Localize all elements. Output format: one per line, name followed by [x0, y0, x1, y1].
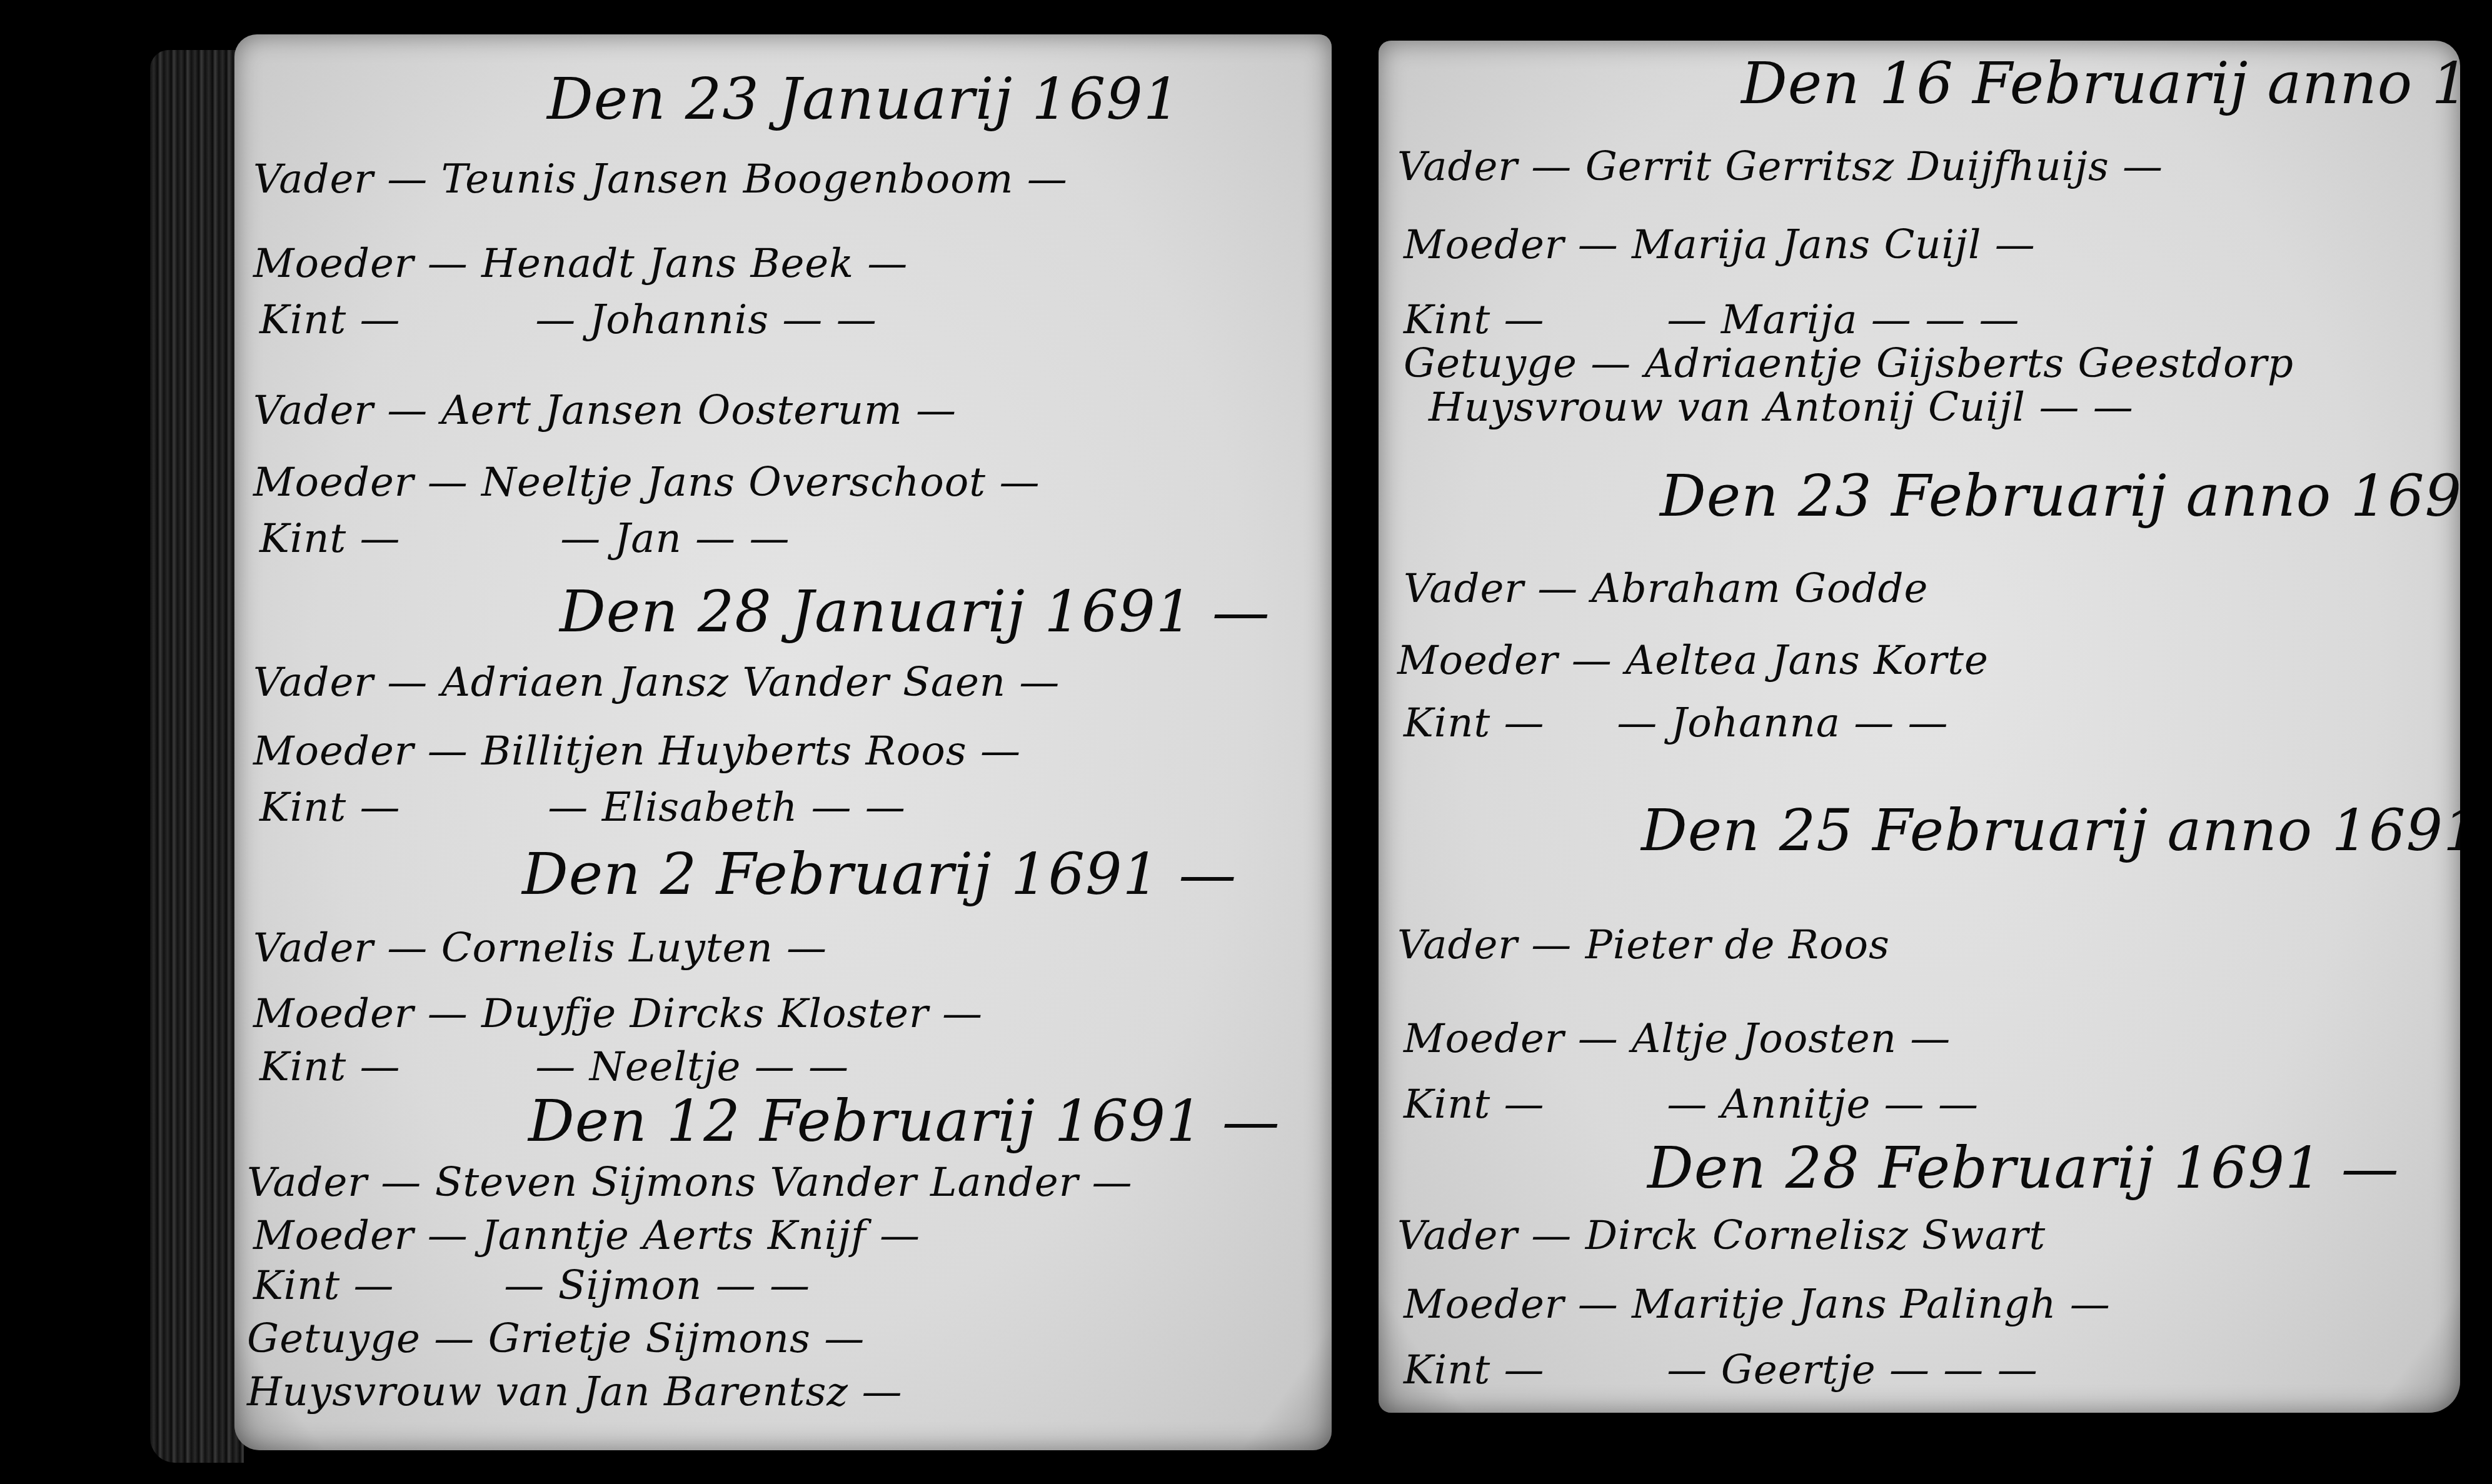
vader-label: Vader —	[1397, 1213, 1572, 1259]
kint-label: Kint —	[1404, 1081, 1566, 1128]
kint-label: Kint —	[1404, 1347, 1566, 1393]
vader-label: Vader —	[253, 925, 428, 971]
moeder-name: Janntje Aerts Knijf —	[481, 1213, 920, 1259]
kint-line: Kint — — Marija — — —	[1404, 297, 2019, 343]
vader-label: Vader —	[1397, 922, 1572, 968]
right-page: Den 16 Februarij anno 1691 — Vader — Ger…	[1379, 41, 2460, 1413]
kint-line: Kint — — Johannis — —	[259, 297, 877, 343]
moeder-line: Moeder — Duyfje Dircks Kloster —	[253, 991, 983, 1037]
vader-label: Vader —	[253, 388, 428, 434]
vader-name: Abraham Godde	[1592, 566, 1929, 612]
moeder-label: Moeder —	[253, 728, 468, 775]
vader-name: Adriaen Jansz Vander Saen —	[441, 659, 1060, 706]
getuyge-line: Getuyge — Adriaentje Gijsberts Geestdorp	[1404, 341, 2294, 387]
entry-date: Den 16 Februarij anno 1691 —	[1741, 50, 2460, 117]
vader-line: Vader — Dirck Cornelisz Swart	[1397, 1213, 2046, 1259]
moeder-name: Duyfje Dircks Kloster —	[481, 991, 983, 1037]
getuyge-name: Grietje Sijmons —	[488, 1316, 865, 1362]
vader-name: Aert Jansen Oosterum —	[441, 388, 957, 434]
moeder-line: Moeder — Billitjen Huyberts Roos —	[253, 728, 1021, 775]
moeder-label: Moeder —	[253, 991, 468, 1037]
huysvrouw-line: Huysvrouw van Antonij Cuijl — —	[1429, 384, 2134, 431]
vader-label: Vader —	[1397, 144, 1572, 190]
entry-date: Den 2 Februarij 1691 —	[522, 841, 1237, 908]
moeder-line: Moeder — Maritje Jans Palingh —	[1404, 1281, 2111, 1328]
vader-line: Vader — Aert Jansen Oosterum —	[253, 388, 957, 434]
getuyge-name: Adriaentje Gijsberts Geestdorp	[1645, 341, 2294, 387]
kint-label: Kint —	[259, 785, 422, 831]
huysvrouw-label: Huysvrouw van	[247, 1369, 570, 1415]
moeder-name: Maritje Jans Palingh —	[1632, 1281, 2111, 1328]
vader-name: Steven Sijmons Vander Lander —	[435, 1160, 1133, 1206]
kint-line: Kint — — Johanna — —	[1404, 700, 1949, 746]
vader-line: Vader — Gerrit Gerritsz Duijfhuijs —	[1397, 144, 2163, 190]
moeder-label: Moeder —	[1397, 638, 1612, 684]
entry-date: Den 28 Januarij 1691 —	[560, 578, 1270, 645]
kint-name: — Jan — —	[560, 516, 790, 562]
vader-line: Vader — Pieter de Roos	[1397, 922, 1890, 968]
page-edges-stack	[150, 50, 244, 1463]
kint-name: — Johanna — —	[1617, 700, 1948, 746]
kint-label: Kint —	[259, 516, 422, 562]
kint-label: Kint —	[1404, 700, 1566, 746]
book-gutter	[1332, 0, 1379, 1484]
entry-date: Den 23 Januarij 1691	[547, 66, 1180, 133]
kint-name: — Neeltje — —	[535, 1044, 849, 1090]
vader-label: Vader —	[253, 659, 428, 706]
kint-line: Kint — — Elisabeth — —	[259, 785, 906, 831]
getuyge-label: Getuyge —	[1404, 341, 1631, 387]
vader-name: Pieter de Roos	[1585, 922, 1890, 968]
kint-name: — Johannis — —	[535, 297, 877, 343]
left-page: Den 23 Januarij 1691 Vader — Teunis Jans…	[234, 34, 1332, 1450]
moeder-label: Moeder —	[1404, 1016, 1619, 1062]
moeder-line: Moeder — Henadt Jans Beek —	[253, 241, 908, 287]
vader-name: Gerrit Gerritsz Duijfhuijs —	[1585, 144, 2163, 190]
kint-label: Kint —	[253, 1263, 416, 1309]
kint-name: — Geertje — — —	[1667, 1347, 2037, 1393]
moeder-line: Moeder — Marija Jans Cuijl —	[1404, 222, 2036, 268]
moeder-line: Moeder — Aeltea Jans Korte	[1397, 638, 1989, 684]
moeder-name: Altje Joosten —	[1632, 1016, 1951, 1062]
kint-line: Kint — — Geertje — — —	[1404, 1347, 2038, 1393]
moeder-label: Moeder —	[253, 459, 468, 506]
moeder-label: Moeder —	[1404, 1281, 1619, 1328]
huysvrouw-label: Huysvrouw van	[1429, 384, 1751, 431]
vader-name: Cornelis Luyten —	[441, 925, 827, 971]
entry-date: Den 25 Februarij anno 1691 —	[1641, 797, 2460, 864]
kint-name: — Elisabeth — —	[548, 785, 905, 831]
vader-name: Teunis Jansen Boogenboom —	[441, 156, 1068, 203]
huysvrouw-name: Antonij Cuijl — —	[1765, 384, 2134, 431]
moeder-line: Moeder — Neeltje Jans Overschoot —	[253, 459, 1040, 506]
vader-line: Vader — Cornelis Luyten —	[253, 925, 827, 971]
kint-label: Kint —	[1404, 297, 1566, 343]
getuyge-line: Getuyge — Grietje Sijmons —	[247, 1316, 865, 1362]
moeder-name: Aeltea Jans Korte	[1625, 638, 1989, 684]
moeder-name: Henadt Jans Beek —	[481, 241, 908, 287]
moeder-label: Moeder —	[253, 1213, 468, 1259]
moeder-label: Moeder —	[1404, 222, 1619, 268]
moeder-label: Moeder —	[253, 241, 468, 287]
entry-date: Den 12 Februarij 1691 —	[528, 1088, 1280, 1155]
vader-line: Vader — Teunis Jansen Boogenboom —	[253, 156, 1068, 203]
kint-label: Kint —	[259, 1044, 422, 1090]
kint-name: — Marija — — —	[1667, 297, 2019, 343]
vader-label: Vader —	[253, 156, 428, 203]
vader-name: Dirck Cornelisz Swart	[1585, 1213, 2046, 1259]
kint-line: Kint — — Neeltje — —	[259, 1044, 849, 1090]
moeder-line: Moeder — Altje Joosten —	[1404, 1016, 1951, 1062]
huysvrouw-name: Jan Barentsz —	[583, 1369, 903, 1415]
moeder-name: Marija Jans Cuijl —	[1632, 222, 2036, 268]
entry-date: Den 28 Februarij 1691 —	[1647, 1135, 2399, 1201]
kint-name: — Sijmon — —	[504, 1263, 810, 1309]
entry-date: Den 23 Februarij anno 1691 —	[1660, 463, 2460, 529]
kint-line: Kint — — Sijmon — —	[253, 1263, 810, 1309]
vader-line: Vader — Adriaen Jansz Vander Saen —	[253, 659, 1060, 706]
kint-label: Kint —	[259, 297, 422, 343]
moeder-name: Neeltje Jans Overschoot —	[481, 459, 1040, 506]
kint-name: — Annitje — —	[1667, 1081, 1979, 1128]
vader-line: Vader — Abraham Godde	[1404, 566, 1928, 612]
scanned-book-spread: Den 23 Januarij 1691 Vader — Teunis Jans…	[0, 0, 2492, 1484]
vader-label: Vader —	[1404, 566, 1578, 612]
huysvrouw-line: Huysvrouw van Jan Barentsz —	[247, 1369, 902, 1415]
getuyge-label: Getuyge —	[247, 1316, 475, 1362]
moeder-name: Billitjen Huyberts Roos —	[481, 728, 1021, 775]
vader-label: Vader —	[247, 1160, 421, 1206]
kint-line: Kint — — Annitje — —	[1404, 1081, 1979, 1128]
kint-line: Kint — — Jan — —	[259, 516, 790, 562]
vader-line: Vader — Steven Sijmons Vander Lander —	[247, 1160, 1133, 1206]
moeder-line: Moeder — Janntje Aerts Knijf —	[253, 1213, 920, 1259]
